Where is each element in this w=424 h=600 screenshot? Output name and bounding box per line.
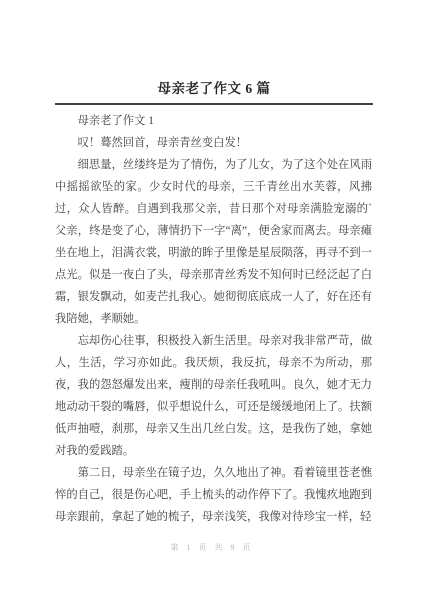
page-number: 第 1 页 共 9 页 <box>0 542 424 553</box>
essay-paragraph: 第二日，母亲坐在镜子边，久久地出了神。看着镜里苍老憔悴的自己，很是伤心吧，手上梳… <box>55 462 372 528</box>
essay-paragraph: 叹！蓦然回首，母亲青丝变白发！ <box>55 132 372 154</box>
essay-subtitle: 母亲老了作文 1 <box>55 110 372 132</box>
essay-paragraph: 忘却伤心往事，积极投入新生活里。母亲对我非常严苛，做人，生活，学习亦如此。我厌烦… <box>55 330 372 462</box>
page-title: 母亲老了作文 6 篇 <box>55 80 373 98</box>
essay-paragraph: 细思量，丝缕终是为了情伤，为了儿女，为了这个处在风雨中摇摇欲坠的家。少女时代的母… <box>55 154 372 330</box>
document-page: 母亲老了作文 6 篇 母亲老了作文 1 叹！蓦然回首，母亲青丝变白发！ 细思量，… <box>0 0 424 600</box>
title-divider <box>55 103 373 105</box>
essay-body: 母亲老了作文 1 叹！蓦然回首，母亲青丝变白发！ 细思量，丝缕终是为了情伤，为了… <box>55 110 372 528</box>
